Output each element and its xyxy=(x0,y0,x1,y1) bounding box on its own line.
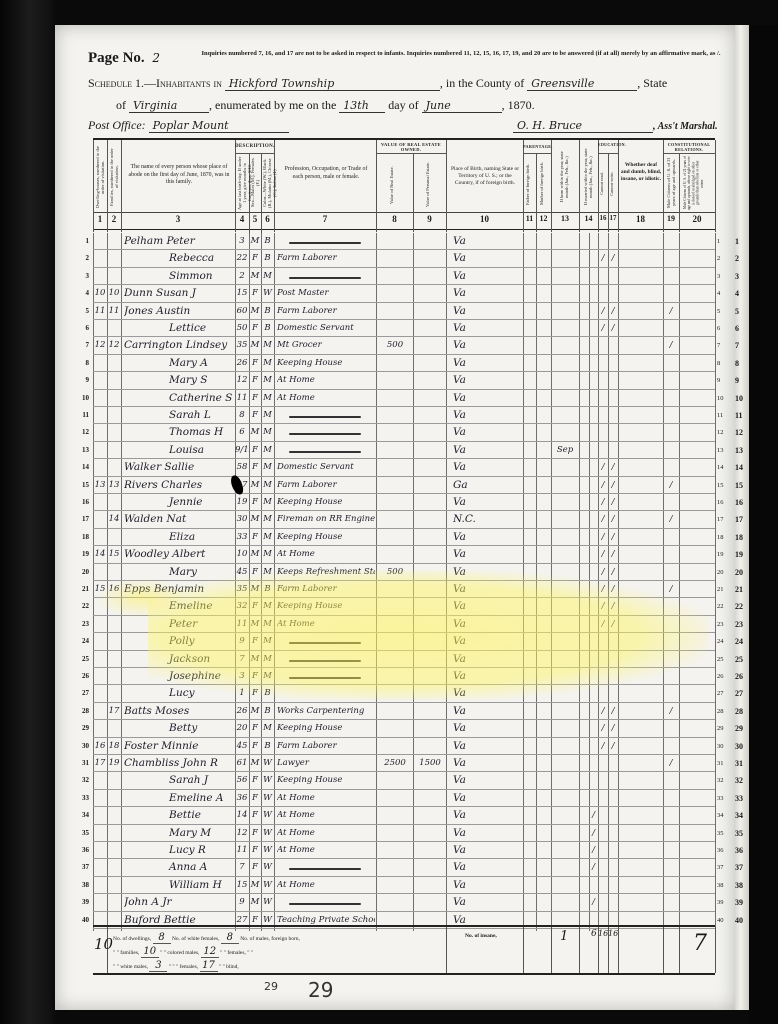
real-estate-value xyxy=(377,320,413,337)
age: 10 xyxy=(235,546,249,563)
occupation: At Home xyxy=(277,825,375,842)
person-name: Epps Benjamin xyxy=(124,581,234,598)
person-name: Betty xyxy=(124,720,234,737)
family-number xyxy=(107,250,121,267)
dwelling-number xyxy=(93,633,107,650)
table-row: 32Sarah J56FWKeeping HouseVa3232 xyxy=(93,772,715,789)
attended-school xyxy=(589,755,598,772)
occupation: Keeping House xyxy=(277,772,375,789)
cannot-write: / xyxy=(608,738,618,755)
row-number: 9 xyxy=(79,372,89,389)
dwelling-number: 15 xyxy=(93,581,107,598)
color: M xyxy=(261,511,274,528)
row-number: 14 xyxy=(79,459,89,476)
person-name: Louisa xyxy=(124,442,234,459)
attended-school xyxy=(589,459,598,476)
dwelling-number xyxy=(93,668,107,685)
person-name: Mary M xyxy=(124,825,234,842)
vote-denied xyxy=(679,894,715,911)
male-citizen xyxy=(663,424,679,441)
row-number: 20 xyxy=(79,564,89,581)
birthplace: Va xyxy=(453,494,521,511)
person-name: Chambliss John R xyxy=(124,755,234,772)
birthplace: Va xyxy=(453,685,521,702)
row-number-right: 6 xyxy=(717,320,729,337)
age: 35 xyxy=(235,337,249,354)
cannot-write xyxy=(608,894,618,911)
person-name: Woodley Albert xyxy=(124,546,234,563)
birthplace: Va xyxy=(453,529,521,546)
attended-school: / xyxy=(589,894,598,911)
col-header-male-citizens: Male Citizens of U. S. of 21 years of ag… xyxy=(666,156,678,210)
color: M xyxy=(261,546,274,563)
vote-denied xyxy=(679,581,715,598)
real-estate-value xyxy=(377,651,413,668)
color: M xyxy=(261,372,274,389)
table-row: 12Thomas H6MMVa1212 xyxy=(93,424,715,441)
cannot-read xyxy=(598,790,608,807)
cannot-write: / xyxy=(608,598,618,615)
sex: F xyxy=(249,564,261,581)
birthplace: N.C. xyxy=(453,511,521,528)
table-row: 26Josephine3FMVa2626 xyxy=(93,668,715,685)
total-col15: 6 xyxy=(591,929,597,939)
male-citizen xyxy=(663,685,679,702)
real-estate-value xyxy=(377,494,413,511)
born-within-year xyxy=(551,390,579,407)
real-estate-value: 2500 xyxy=(377,755,413,772)
male-citizen xyxy=(663,268,679,285)
age: 61 xyxy=(235,755,249,772)
row-number-edge: 14 xyxy=(735,459,751,476)
row-number: 21 xyxy=(79,581,89,598)
personal-estate-value xyxy=(414,738,446,755)
dwelling-number xyxy=(93,598,107,615)
birthplace: Va xyxy=(453,807,521,824)
col-header-born-within-year: If born within the year, state month (Ja… xyxy=(559,146,571,208)
col-header-cannot-read: Cannot read. xyxy=(599,160,607,208)
color: W xyxy=(261,807,274,824)
colored-males-count: 12 xyxy=(201,947,219,958)
real-estate-value xyxy=(377,790,413,807)
birthplace: Va xyxy=(453,250,521,267)
family-number xyxy=(107,390,121,407)
row-number: 13 xyxy=(79,442,89,459)
cannot-write xyxy=(608,407,618,424)
personal-estate-value xyxy=(414,337,446,354)
cannot-read xyxy=(598,337,608,354)
born-within-year xyxy=(551,285,579,302)
attended-school xyxy=(589,250,598,267)
age: 45 xyxy=(235,738,249,755)
row-number-right: 23 xyxy=(717,616,729,633)
attended-school xyxy=(589,546,598,563)
male-citizen xyxy=(663,651,679,668)
born-within-year xyxy=(551,303,579,320)
vote-denied xyxy=(679,337,715,354)
person-name: Catherine S xyxy=(124,390,234,407)
table-row: 151313Rivers Charles27MMFarm LaborerGa//… xyxy=(93,477,715,494)
color: W xyxy=(261,755,274,772)
birthplace: Va xyxy=(453,703,521,720)
white-males-label: " " white males, xyxy=(113,964,148,970)
row-number: 17 xyxy=(79,511,89,528)
vote-denied xyxy=(679,529,715,546)
males-foreign-label: No. of males, foreign born, xyxy=(240,936,300,942)
born-within-year xyxy=(551,772,579,789)
col-group-value: VALUE OF REAL ESTATE OWNED. xyxy=(377,142,445,152)
occupation xyxy=(277,633,375,650)
col-header-sex: Sex—Males (M.), Females (F.) xyxy=(250,156,260,210)
born-within-year xyxy=(551,703,579,720)
sex: M xyxy=(249,703,261,720)
person-name: Dunn Susan J xyxy=(124,285,234,302)
table-row: 1714Walden Nat30MMFireman on RR EngineN.… xyxy=(93,511,715,528)
post-office-label: Post Office: xyxy=(88,118,146,132)
attended-school xyxy=(589,320,598,337)
total-col13: 1 xyxy=(560,929,568,944)
cannot-read: / xyxy=(598,703,608,720)
birthplace: Va xyxy=(453,668,521,685)
dwelling-number xyxy=(93,390,107,407)
family-number xyxy=(107,233,121,250)
real-estate-value xyxy=(377,842,413,859)
born-within-year xyxy=(551,894,579,911)
row-number-edge: 5 xyxy=(735,303,751,320)
real-estate-value xyxy=(377,529,413,546)
row-number-edge: 10 xyxy=(735,390,751,407)
cannot-write: / xyxy=(608,529,618,546)
real-estate-value xyxy=(377,250,413,267)
vote-denied xyxy=(679,859,715,876)
col-num: 5 xyxy=(249,214,261,224)
cannot-read xyxy=(598,407,608,424)
table-row: 16Jennie19FMKeeping HouseVa//1616 xyxy=(93,494,715,511)
cannot-read xyxy=(598,372,608,389)
row-number: 8 xyxy=(79,355,89,372)
family-number: 18 xyxy=(107,738,121,755)
page-total-mark: 10 xyxy=(94,935,113,953)
person-name: Rebecca xyxy=(124,250,234,267)
personal-estate-value xyxy=(414,825,446,842)
row-number: 12 xyxy=(79,424,89,441)
attended-school xyxy=(589,564,598,581)
birthplace: Va xyxy=(453,355,521,372)
dwelling-number xyxy=(93,372,107,389)
occupation: Keeps Refreshment Stand xyxy=(277,564,375,581)
row-number-edge: 1 xyxy=(735,233,751,250)
age: 35 xyxy=(235,581,249,598)
male-citizen: / xyxy=(663,337,679,354)
person-name: Mary A xyxy=(124,355,234,372)
cannot-write xyxy=(608,877,618,894)
row-number-right: 12 xyxy=(717,424,729,441)
male-citizen: / xyxy=(663,511,679,528)
cannot-write xyxy=(608,668,618,685)
dwelling-number xyxy=(93,564,107,581)
attended-school xyxy=(589,268,598,285)
footer-line-1: No. of dwellings, 8 No. of white females… xyxy=(113,933,300,944)
male-citizen xyxy=(663,546,679,563)
male-citizen xyxy=(663,894,679,911)
real-estate-value xyxy=(377,894,413,911)
row-number-edge: 8 xyxy=(735,355,751,372)
age: 9 xyxy=(235,894,249,911)
vote-denied xyxy=(679,459,715,476)
sex: F xyxy=(249,320,261,337)
dwelling-number xyxy=(93,233,107,250)
col-num: 7 xyxy=(274,214,376,224)
cannot-read: / xyxy=(598,738,608,755)
personal-estate-value xyxy=(414,407,446,424)
real-estate-value xyxy=(377,825,413,842)
born-within-year xyxy=(551,268,579,285)
male-citizen xyxy=(663,442,679,459)
born-within-year xyxy=(551,720,579,737)
age: 58 xyxy=(235,459,249,476)
row-number: 3 xyxy=(79,268,89,285)
dwelling-number xyxy=(93,355,107,372)
families-label: " " families, xyxy=(113,950,139,956)
sex: F xyxy=(249,772,261,789)
cannot-read xyxy=(598,285,608,302)
occupation: Keeping House xyxy=(277,720,375,737)
birthplace: Va xyxy=(453,424,521,441)
county-label: , in the County of xyxy=(440,76,524,90)
person-name: William H xyxy=(124,877,234,894)
row-number: 34 xyxy=(79,807,89,824)
cannot-write xyxy=(608,825,618,842)
person-name: Walker Sallie xyxy=(124,459,234,476)
cannot-read xyxy=(598,825,608,842)
attended-school xyxy=(589,337,598,354)
table-row: 20Mary45FMKeeps Refreshment Stand500Va//… xyxy=(93,564,715,581)
footer-line-2: " " families, 10 " " colored males, 12 "… xyxy=(113,947,253,958)
cannot-write: / xyxy=(608,581,618,598)
color: W xyxy=(261,894,274,911)
row-number-edge: 16 xyxy=(735,494,751,511)
row-number-edge: 11 xyxy=(735,407,751,424)
table-row: 2817Batts Moses26MBWorks CarpenteringVa/… xyxy=(93,703,715,720)
personal-estate-value xyxy=(414,581,446,598)
table-row: 29Betty20FMKeeping HouseVa//2929 xyxy=(93,720,715,737)
birthplace: Va xyxy=(453,633,521,650)
dwelling-number xyxy=(93,807,107,824)
row-number: 2 xyxy=(79,250,89,267)
row-number-edge: 17 xyxy=(735,511,751,528)
family-number: 12 xyxy=(107,337,121,354)
row-number-right: 16 xyxy=(717,494,729,511)
row-number-right: 10 xyxy=(717,390,729,407)
family-number xyxy=(107,494,121,511)
dwelling-number xyxy=(93,842,107,859)
attended-school xyxy=(589,285,598,302)
person-name: Lucy R xyxy=(124,842,234,859)
col-header-cannot-write: Cannot write. xyxy=(609,160,617,208)
dwelling-number xyxy=(93,320,107,337)
col-num: 16 xyxy=(598,214,608,222)
table-row: 35Mary M12FWAt HomeVa/3535 xyxy=(93,825,715,842)
birthplace: Va xyxy=(453,285,521,302)
vote-denied xyxy=(679,738,715,755)
birthplace: Va xyxy=(453,738,521,755)
vote-denied xyxy=(679,772,715,789)
instructions: Inquiries numbered 7, 16, and 17 are not… xyxy=(196,50,726,58)
person-name: Pelham Peter xyxy=(124,233,234,250)
marshal-label: , Ass't Marshal. xyxy=(653,121,718,132)
row-number: 26 xyxy=(79,668,89,685)
real-estate-value xyxy=(377,668,413,685)
family-number xyxy=(107,651,121,668)
personal-estate-value xyxy=(414,842,446,859)
age: 8 xyxy=(235,407,249,424)
attended-school xyxy=(589,598,598,615)
row-number-edge: 22 xyxy=(735,598,751,615)
row-number: 35 xyxy=(79,825,89,842)
row-number-right: 2 xyxy=(717,250,729,267)
cannot-read: / xyxy=(598,529,608,546)
col-header-family: Families, numbered in the order of visit… xyxy=(109,146,119,208)
col-header-married-within-year: If married within the year, state month … xyxy=(583,146,595,208)
cannot-read xyxy=(598,894,608,911)
attended-school xyxy=(589,424,598,441)
male-citizen: / xyxy=(663,581,679,598)
dwelling-number: 16 xyxy=(93,738,107,755)
dwelling-number xyxy=(93,790,107,807)
real-estate-value xyxy=(377,598,413,615)
cannot-write xyxy=(608,268,618,285)
sex: M xyxy=(249,651,261,668)
cannot-read xyxy=(598,442,608,459)
table-row: 18Eliza33FMKeeping HouseVa//1818 xyxy=(93,529,715,546)
col-group-parentage: PARENTAGE. xyxy=(523,144,551,151)
sex: F xyxy=(249,407,261,424)
dwelling-number xyxy=(93,825,107,842)
table-row: 22Emeline32FMKeeping HouseVa//2222 xyxy=(93,598,715,615)
personal-estate-value xyxy=(414,529,446,546)
col-header-color: Color—White (W.), Black (B.), Mulatto (M… xyxy=(262,156,273,210)
person-name: Thomas H xyxy=(124,424,234,441)
cannot-write: / xyxy=(608,703,618,720)
colored-females-count: 17 xyxy=(200,961,218,972)
cannot-read: / xyxy=(598,616,608,633)
occupation: Domestic Servant xyxy=(277,459,375,476)
sex: F xyxy=(249,285,261,302)
dwelling-number xyxy=(93,442,107,459)
cannot-write: / xyxy=(608,616,618,633)
row-number: 23 xyxy=(79,616,89,633)
white-females-label: No. of white females, xyxy=(172,936,220,942)
real-estate-value xyxy=(377,233,413,250)
personal-estate-value xyxy=(414,372,446,389)
row-number-right: 36 xyxy=(717,842,729,859)
color: W xyxy=(261,842,274,859)
row-number-right: 38 xyxy=(717,877,729,894)
occupation: Keeping House xyxy=(277,494,375,511)
row-number-edge: 20 xyxy=(735,564,751,581)
row-number: 33 xyxy=(79,790,89,807)
col-header-real-estate: Value of Real Estate. xyxy=(389,162,399,208)
personal-estate-value xyxy=(414,303,446,320)
cannot-write: / xyxy=(608,320,618,337)
age: 11 xyxy=(235,616,249,633)
male-citizen xyxy=(663,842,679,859)
row-number: 24 xyxy=(79,633,89,650)
sex: F xyxy=(249,720,261,737)
row-number: 27 xyxy=(79,685,89,702)
row-number-edge: 7 xyxy=(735,337,751,354)
row-number-right: 18 xyxy=(717,529,729,546)
person-name: John A Jr xyxy=(124,894,234,911)
col-num: 4 xyxy=(235,214,249,224)
scan-border-right xyxy=(749,25,778,1024)
col-num: 20 xyxy=(679,214,715,224)
row-number-edge: 27 xyxy=(735,685,751,702)
attended-school xyxy=(589,685,598,702)
family-number: 11 xyxy=(107,303,121,320)
male-citizen xyxy=(663,372,679,389)
vote-denied xyxy=(679,720,715,737)
male-citizen xyxy=(663,407,679,424)
sex: F xyxy=(249,598,261,615)
row-number-right: 26 xyxy=(717,668,729,685)
vote-denied xyxy=(679,825,715,842)
dwelling-number xyxy=(93,720,107,737)
color: M xyxy=(261,616,274,633)
male-citizen xyxy=(663,564,679,581)
cannot-read xyxy=(598,807,608,824)
col-header-mother-foreign: Mother of foreign birth. xyxy=(539,160,549,208)
sex: M xyxy=(249,303,261,320)
vote-denied xyxy=(679,790,715,807)
vote-denied xyxy=(679,616,715,633)
cannot-read xyxy=(598,424,608,441)
row-number-edge: 12 xyxy=(735,424,751,441)
born-within-year xyxy=(551,233,579,250)
birthplace: Va xyxy=(453,755,521,772)
cannot-read xyxy=(598,859,608,876)
age: 12 xyxy=(235,825,249,842)
row-number-right: 9 xyxy=(717,372,729,389)
vote-denied xyxy=(679,390,715,407)
cannot-read xyxy=(598,233,608,250)
col-num: 19 xyxy=(663,214,679,223)
table-row: 6Lettice50FBDomestic ServantVa//66 xyxy=(93,320,715,337)
row-number: 4 xyxy=(79,285,89,302)
cannot-write: / xyxy=(608,546,618,563)
cannot-write xyxy=(608,285,618,302)
born-within-year xyxy=(551,320,579,337)
born-within-year xyxy=(551,668,579,685)
personal-estate-value xyxy=(414,459,446,476)
vote-denied xyxy=(679,407,715,424)
cannot-write: / xyxy=(608,511,618,528)
color: M xyxy=(261,720,274,737)
attended-school xyxy=(589,772,598,789)
row-number: 28 xyxy=(79,703,89,720)
sex: F xyxy=(249,668,261,685)
male-citizen xyxy=(663,859,679,876)
occupation: Farm Laborer xyxy=(277,250,375,267)
person-name: Batts Moses xyxy=(124,703,234,720)
family-number xyxy=(107,772,121,789)
color: M xyxy=(261,407,274,424)
post-office-line: Post Office: Poplar Mount xyxy=(88,118,289,133)
male-citizen xyxy=(663,320,679,337)
male-citizen xyxy=(663,529,679,546)
row-number-edge: 31 xyxy=(735,755,751,772)
cannot-read xyxy=(598,651,608,668)
